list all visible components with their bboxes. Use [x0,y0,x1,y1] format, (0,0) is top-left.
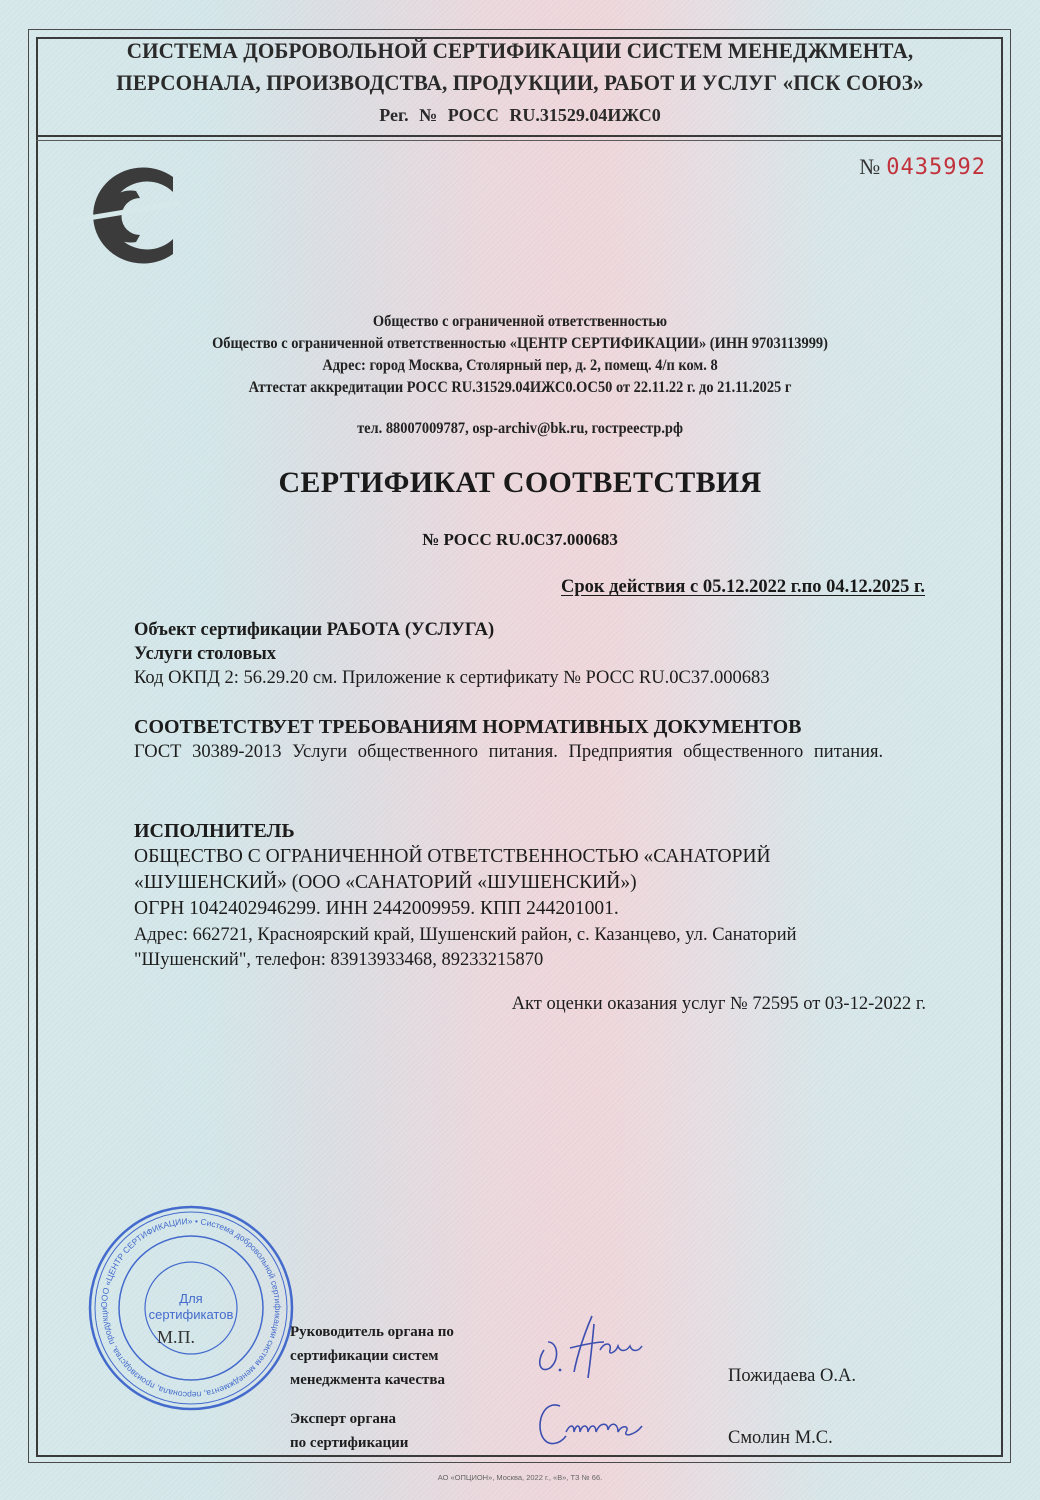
object-heading: Объект сертификации РАБОТА (УСЛУГА) [134,618,926,642]
system-title-line2: ПЕРСОНАЛА, ПРОИЗВОДСТВА, ПРОДУКЦИИ, РАБО… [31,70,1009,96]
printer-imprint: АО «ОПЦИОН», Москва, 2022 г., «В», ТЗ № … [0,1473,1040,1482]
executor-section: ИСПОЛНИТЕЛЬ ОБЩЕСТВО С ОГРАНИЧЕННОЙ ОТВЕ… [134,818,926,972]
header-divider-thin [36,140,1003,141]
system-title-line1: СИСТЕМА ДОБРОВОЛЬНОЙ СЕРТИФИКАЦИИ СИСТЕМ… [31,38,1009,64]
conformity-section: СООТВЕТСТВУЕТ ТРЕБОВАНИЯМ НОРМАТИВНЫХ ДО… [134,714,926,764]
certificate-title: СЕРТИФИКАТ СООТВЕТСТВИЯ [0,466,1040,500]
signatory-expert-role: Эксперт органа по сертификации [290,1407,408,1455]
object-name: Услуги столовых [134,642,926,666]
executor-registry: ОГРН 1042402946299. ИНН 2442009959. КПП … [134,896,926,922]
certificate-number: № РОСС RU.0С37.000683 [0,530,1040,550]
system-registration: Рег. № РОСС RU.31529.04ИЖС0 [0,105,1040,126]
certification-system-logo-icon [70,163,180,268]
executor-name-line1: ОБЩЕСТВО С ОГРАНИЧЕННОЙ ОТВЕТСТВЕННОСТЬЮ… [134,844,926,870]
assessment-act: Акт оценки оказания услуг № 72595 от 03-… [512,994,926,1015]
executor-heading: ИСПОЛНИТЕЛЬ [134,818,926,844]
executor-name-line2: «ШУШЕНСКИЙ» (ООО «САНАТОРИЙ «ШУШЕНСКИЙ») [134,870,926,896]
cert-body-name: Общество с ограниченной ответственностью… [36,333,1003,355]
conformity-standard: ГОСТ 30389-2013 Услуги общественного пит… [134,740,926,764]
seal-mark: М.П. [157,1327,195,1348]
cert-body-address: Адрес: город Москва, Столярный пер, д. 2… [36,355,1003,377]
executor-address-line2: "Шушенский", телефон: 83913933468, 89233… [134,948,926,972]
svg-text:сертификатов: сертификатов [149,1307,234,1322]
svg-text:Для: Для [179,1291,202,1306]
form-serial: №0435992 [859,154,986,180]
official-stamp: ООО «ЦЕНТР СЕРТИФИКАЦИИ» • Система добро… [86,1203,296,1413]
object-section: Объект сертификации РАБОТА (УСЛУГА) Услу… [134,618,926,690]
signatory-head-role: Руководитель органа по сертификации сист… [290,1320,454,1392]
cert-body-contacts: тел. 88007009787, osp-archiv@bk.ru, гост… [36,418,1003,440]
cert-body-type: Общество с ограниченной ответственностью [36,311,1003,333]
cert-body-accreditation: Аттестат аккредитации РОСС RU.31529.04ИЖ… [36,377,1003,399]
signature-expert [530,1392,660,1457]
role-line: Эксперт органа [290,1407,408,1431]
signature-head [530,1312,660,1387]
role-line: сертификации систем [290,1344,454,1368]
role-line: по сертификации [290,1431,408,1455]
validity-period: Срок действия с 05.12.2022 г.по 04.12.20… [561,577,925,598]
header-divider [36,135,1003,137]
signatory-head-name: Пожидаева О.А. [728,1366,856,1387]
serial-prefix: № [859,154,880,179]
role-line: менеджмента качества [290,1368,454,1392]
role-line: Руководитель органа по [290,1320,454,1344]
executor-address-line1: Адрес: 662721, Красноярский край, Шушенс… [134,922,926,948]
serial-number: 0435992 [886,155,986,180]
object-code: Код ОКПД 2: 56.29.20 см. Приложение к се… [134,666,926,690]
signatory-expert-name: Смолин М.С. [728,1428,833,1449]
conformity-heading: СООТВЕТСТВУЕТ ТРЕБОВАНИЯМ НОРМАТИВНЫХ ДО… [134,714,926,740]
